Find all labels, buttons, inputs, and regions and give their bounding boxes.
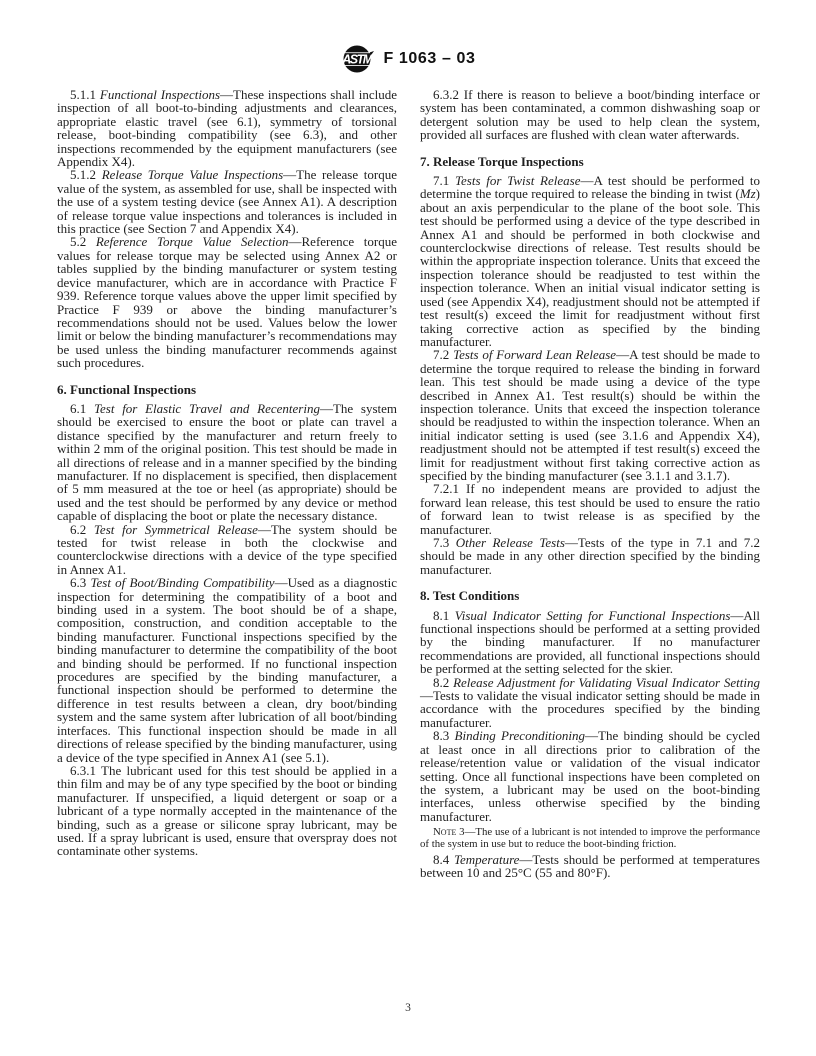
text-segment: 6. Functional Inspections: [57, 382, 196, 397]
text-segment: —The binding should be cycled at least o…: [420, 728, 760, 823]
paragraph: 6.1 Test for Elastic Travel and Recenter…: [57, 402, 397, 523]
section-heading: 7. Release Torque Inspections: [420, 155, 760, 168]
right-column: 6.3.2 If there is reason to believe a bo…: [420, 88, 760, 880]
section-heading: 6. Functional Inspections: [57, 383, 397, 396]
text-segment: 8. Test Conditions: [420, 588, 519, 603]
text-segment: 7. Release Torque Inspections: [420, 154, 584, 169]
document-page: ASTM F 1063 – 03 5.1.1 Functional Inspec…: [0, 0, 816, 1056]
document-code: F 1063 – 03: [384, 50, 476, 68]
left-column: 5.1.1 Functional Inspections—These inspe…: [57, 88, 397, 880]
paragraph: 8.1 Visual Indicator Setting for Functio…: [420, 609, 760, 676]
text-segment: Note: [433, 826, 456, 838]
paragraph: 5.2 Reference Torque Value Selection—Ref…: [57, 235, 397, 369]
document-body: 5.1.1 Functional Inspections—These inspe…: [57, 88, 760, 880]
text-segment: —A test should be made to determine the …: [420, 347, 760, 483]
paragraph: 7.3 Other Release Tests—Tests of the typ…: [420, 536, 760, 576]
text-segment: —Reference torque values for release tor…: [57, 234, 397, 370]
astm-logo-icon: ASTM: [341, 42, 375, 76]
paragraph: 6.2 Test for Symmetrical Release—The sys…: [57, 523, 397, 577]
page-header: ASTM F 1063 – 03: [0, 42, 816, 76]
text-segment: —The system should be exercised to ensur…: [57, 401, 397, 523]
text-segment: 6.3.2 If there is reason to believe a bo…: [420, 87, 760, 142]
text-segment: 3—The use of a lubricant is not intended…: [420, 826, 760, 850]
paragraph: 6.3.2 If there is reason to believe a bo…: [420, 88, 760, 142]
paragraph: 8.3 Binding Preconditioning—The binding …: [420, 729, 760, 823]
paragraph: 5.1.2 Release Torque Value Inspections—T…: [57, 168, 397, 235]
paragraph: 5.1.1 Functional Inspections—These inspe…: [57, 88, 397, 168]
text-segment: ) about an axis perpendicular to the pla…: [420, 186, 760, 348]
text-segment: —Used as a diagnostic inspection for det…: [57, 575, 397, 764]
text-segment: —Tests to validate the visual indicator …: [420, 688, 760, 730]
paragraph: 7.2.1 If no independent means are provid…: [420, 482, 760, 536]
section-heading: 8. Test Conditions: [420, 589, 760, 602]
text-segment: 6.3.1 The lubricant used for this test s…: [57, 763, 397, 858]
note-paragraph: Note 3—The use of a lubricant is not int…: [420, 827, 760, 851]
text-segment: 7.2.1 If no independent means are provid…: [420, 481, 760, 536]
paragraph: 6.3 Test of Boot/Binding Compatibility—U…: [57, 576, 397, 764]
paragraph: 8.4 Temperature—Tests should be performe…: [420, 853, 760, 880]
paragraph: 7.2 Tests of Forward Lean Release—A test…: [420, 348, 760, 482]
svg-text:ASTM: ASTM: [341, 53, 374, 67]
paragraph: 8.2 Release Adjustment for Validating Vi…: [420, 676, 760, 730]
page-footer: 3: [0, 1002, 816, 1014]
paragraph: 6.3.1 The lubricant used for this test s…: [57, 764, 397, 858]
page-number: 3: [405, 1002, 411, 1014]
paragraph: 7.1 Tests for Twist Release—A test shoul…: [420, 174, 760, 348]
